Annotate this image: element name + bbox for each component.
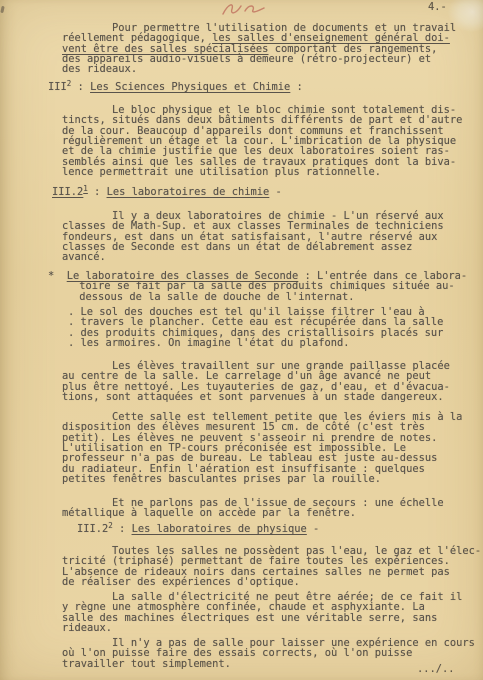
paragraph-deux-laboratoires: Il y a deux laboratoires de chimie - L'u… [62, 211, 444, 263]
text-segment: petites fenêtres basculantes prises par … [62, 473, 381, 485]
text-segment: lence permettrait une utilisation plus r… [62, 166, 381, 178]
text-line: petites fenêtres basculantes prises par … [62, 474, 462, 484]
underlined-text: Les laboratoires de physique [132, 523, 307, 535]
handwritten-annotation [220, 1, 272, 23]
text-segment: : [88, 186, 107, 198]
continuation-mark: .../.. [417, 663, 455, 675]
text-segment: : [71, 81, 90, 93]
section-heading-labo-chimie: III.21 : Les laboratoires de chimie - [52, 187, 282, 198]
paragraph-toutes-les-salles: Toutes les salles ne possèdent pas l'eau… [62, 546, 481, 587]
text-line: de réaliser des expériences d'optique. [62, 577, 481, 587]
underlined-text: III.2 [52, 186, 83, 198]
text-segment: rideaux. [62, 622, 112, 634]
underlined-text: Les Sciences Physiques et Chimie [90, 81, 290, 93]
text-line: classes de Seconde est dans un état de d… [62, 242, 444, 252]
heading-line: III.22 : Les laboratoires de physique - [77, 524, 319, 535]
text-segment: avancé. [62, 251, 106, 263]
text-segment: - [269, 186, 282, 198]
text-segment: travailler tout simplement. [62, 658, 231, 670]
text-line: . les armoires. On imagine l'état du pla… [68, 338, 443, 348]
text-segment: classes de Seconde est dans un état de d… [62, 241, 412, 253]
paragraph-salle-electricite: La salle d'électricité ne peut être aéré… [62, 592, 462, 633]
paragraph-intro: Pour permettre l'utilisation de document… [62, 23, 456, 75]
text-segment: tions, sont attaquées et sont parvenues … [62, 391, 444, 403]
section-heading-labo-physique: III.22 : Les laboratoires de physique - [77, 524, 319, 535]
text-segment: des rideaux. [62, 63, 137, 75]
text-segment: de réaliser des expériences d'optique. [62, 576, 300, 588]
paragraph-issue-secours: Et ne parlons pas de l'issue de secours … [62, 498, 444, 519]
text-line: métallique à laquelle on accède par la f… [62, 508, 444, 518]
paragraph-pas-de-salle: Il n'y a pas de salle pour laisser une e… [62, 638, 475, 669]
text-line: des rideaux. [62, 64, 456, 74]
text-line: travailler tout simplement. [62, 659, 475, 669]
text-line: lence permettrait une utilisation plus r… [62, 167, 462, 177]
paragraph-blocs: Le bloc physique et le bloc chimie sont … [62, 105, 462, 177]
paragraph-salle-petite: Cette salle est tellement petite que les… [62, 412, 462, 484]
text-segment: - [307, 523, 320, 535]
dotted-note-sol-douches: . Le sol des douches est tel qu'il laiss… [68, 307, 443, 348]
heading-line: III2 : Les Sciences Physiques et Chimie … [48, 82, 303, 93]
text-line: dessous de la salle de douche de l'inter… [48, 292, 467, 302]
paragraph-paillasse: Les élèves travaillent sur une grande pa… [62, 361, 450, 402]
text-segment: : [113, 523, 132, 535]
document-page: { "page": { "number": "4.-", "continuati… [0, 0, 483, 680]
heading-line: III.21 : Les laboratoires de chimie - [52, 187, 282, 198]
text-line: avancé. [62, 252, 444, 262]
text-segment: III.2 [77, 523, 108, 535]
text-segment: : [290, 81, 303, 93]
superscript: 2 [67, 79, 72, 88]
text-segment: métallique à laquelle on accède par la f… [62, 507, 356, 519]
red-scribble-icon [220, 1, 272, 19]
ink-speck [0, 6, 4, 13]
superscript: 1 [83, 184, 88, 193]
section-heading-sciences: III2 : Les Sciences Physiques et Chimie … [48, 82, 303, 93]
text-segment: III [48, 81, 67, 93]
text-line: salle des machines électriques est une v… [62, 613, 462, 623]
text-segment: salle des machines électriques est une v… [62, 612, 437, 624]
underlined-text: Les laboratoires de chimie [107, 186, 270, 198]
text-segment: . les armoires. On imagine l'état du pla… [68, 337, 350, 349]
starred-item-laboratoire-seconde: * Le laboratoire des classes de Seconde … [48, 271, 467, 302]
text-line: rideaux. [62, 623, 462, 633]
text-segment: dessous de la salle de douche de l'inter… [48, 291, 355, 303]
superscript: 2 [108, 521, 113, 530]
page-number: 4.- [428, 1, 447, 13]
text-line: tions, sont attaquées et sont parvenues … [62, 392, 450, 402]
